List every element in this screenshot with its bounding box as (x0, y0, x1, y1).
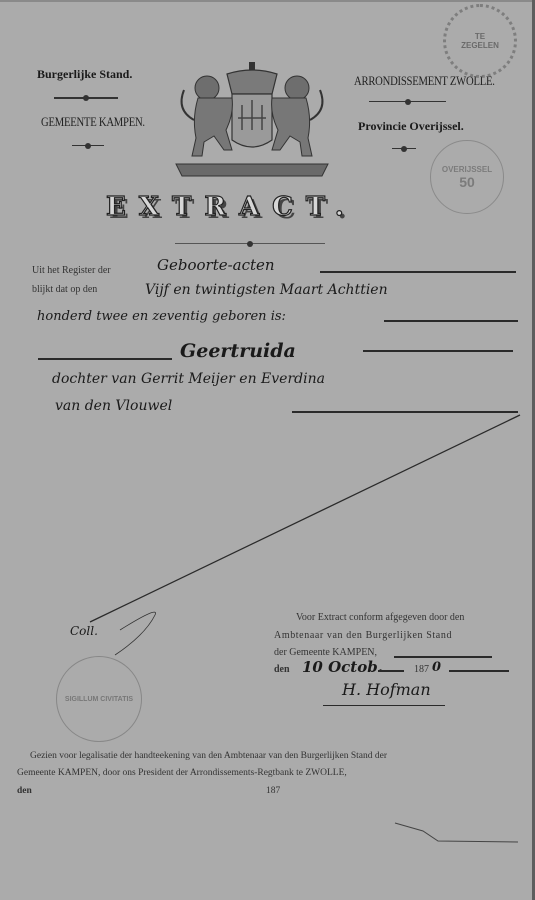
cert-year-handwritten: 0 (432, 660, 441, 675)
diagonal-strike-line (0, 0, 535, 900)
cert-year-printed: 187 (414, 664, 429, 675)
document-page: Burgerlijke Stand. GEMEENTE KAMPEN. ARRO… (0, 0, 535, 900)
legalisation-year-printed: 187 (266, 786, 280, 796)
legalisation-date-prefix: den (17, 786, 32, 796)
legalisation-line2: Gemeente KAMPEN, door ons President der … (17, 768, 347, 778)
cert-line3: der Gemeente KAMPEN, (274, 647, 377, 658)
stamp-sigillum-civitatis: SIGILLUM CIVITATIS (56, 656, 142, 742)
cert-date-prefix: den (274, 664, 290, 675)
legalisation-line1: Gezien voor legalisatie der handteekenin… (30, 751, 387, 761)
cert-date-handwritten: 10 Octob. (302, 658, 383, 676)
official-signature: H. Hofman (342, 680, 431, 699)
cert-line2: Ambtenaar van den Burgerlijken Stand (274, 630, 452, 641)
cert-line1: Voor Extract conform afgegeven door den (296, 612, 464, 623)
signature-underline (323, 705, 445, 706)
fill-rule (449, 670, 509, 672)
fill-rule (394, 656, 492, 658)
fill-rule (378, 670, 404, 672)
stamp-text-sigillum: SIGILLUM CIVITATIS (65, 696, 133, 703)
annotation-coll: Coll. (70, 624, 98, 638)
